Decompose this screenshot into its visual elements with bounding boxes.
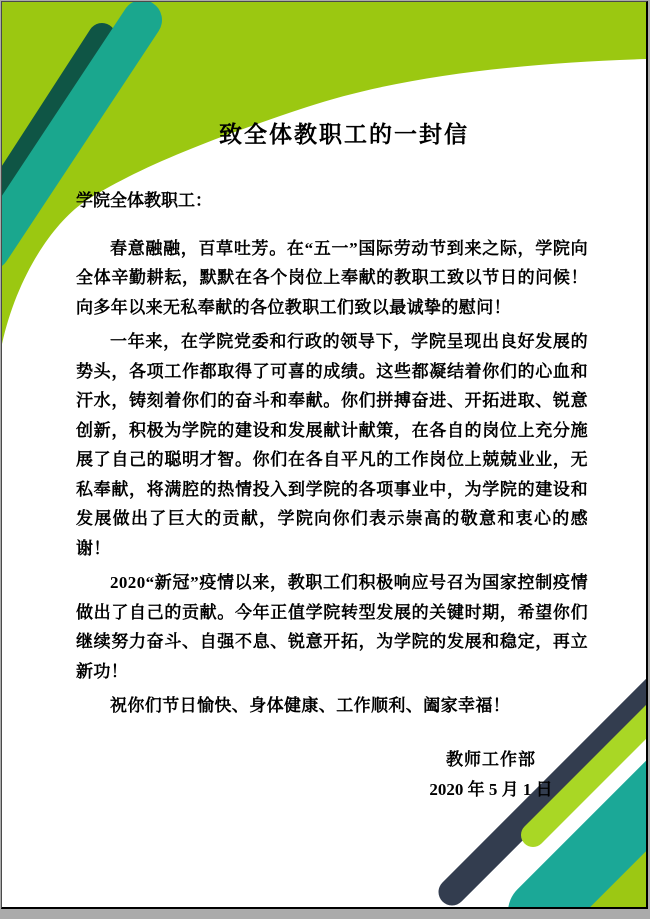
- signature-date: 2020 年 5 月 1 日: [366, 775, 616, 805]
- paragraph-pandemic: 2020“新冠”疫情以来，教职工们积极响应号召为国家控制疫情做出了自己的贡献。今…: [76, 568, 588, 686]
- signature-org: 教师工作部: [366, 745, 616, 775]
- letter-title: 致全体教职工的一封信: [88, 120, 600, 150]
- paragraph-year-review: 一年来，在学院党委和行政的领导下，学院呈现出良好发展的势头，各项工作都取得了可喜…: [76, 327, 588, 563]
- paragraph-greeting: 春意融融，百草吐芳。在“五一”国际劳动节到来之际，学院向全体辛勤耕耘，默默在各个…: [76, 234, 588, 323]
- salutation: 学院全体教职工：: [76, 186, 588, 216]
- paragraph-wishes: 祝你们节日愉快、身体健康、工作顺利、阖家幸福！: [76, 691, 588, 721]
- letter-page: 致全体教职工的一封信 学院全体教职工： 春意融融，百草吐芳。在“五一”国际劳动节…: [1, 1, 648, 909]
- signature-block: 教师工作部 2020 年 5 月 1 日: [366, 745, 616, 805]
- letter-content: 致全体教职工的一封信 学院全体教职工： 春意融融，百草吐芳。在“五一”国际劳动节…: [2, 2, 646, 907]
